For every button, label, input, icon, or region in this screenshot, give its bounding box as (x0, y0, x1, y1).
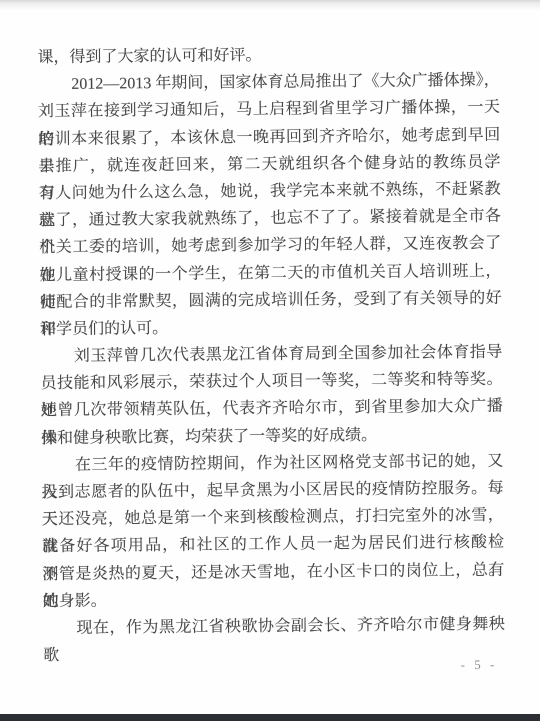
body-text-block: 课，得到了大家的认可和好评。2012—2013 年期间，国家体育总局推出了《大众… (37, 40, 505, 643)
text-line: 在儿童村授课的一个学生，在第二天的市值机关百人培训班上，师 (39, 257, 501, 289)
text-line: 徒配合的非常默契，圆满的完成培训任务，受到了有关领导的好评 (40, 284, 502, 316)
text-line: 培训本来很累了，本该休息一晚再回到齐齐哈尔，她考虑到早回去、 (38, 121, 500, 153)
text-line: 还曾几次带领精英队伍，代表齐齐哈尔市，到省里参加大众广播体 (41, 393, 503, 425)
scan-content: 课，得到了大家的认可和好评。2012—2013 年期间，国家体育总局推出了《大众… (0, 0, 540, 721)
scan-bottom-edge-bar (0, 714, 540, 721)
text-line: 早推广，就连夜赶回来，第二天就组织各个健身站的教练员学习。 (38, 149, 500, 181)
text-line: 机关工委的培训，她考虑到参加学习的年轻人群，又连夜教会了她 (39, 230, 501, 262)
page-number: - 5 - (461, 657, 498, 673)
scanned-document-page: 课，得到了大家的认可和好评。2012—2013 年期间，国家体育总局推出了《大众… (0, 0, 540, 721)
text-line: 不管是炎热的夏天，还是冰天雪地，在小区卡口的岗位上，总有她 (42, 556, 504, 588)
text-line: 刘玉萍在接到学习通知后，马上启程到省里学习广播体操，一天的 (38, 94, 500, 126)
text-line: 准备好各项用品，和社区的工作人员一起为居民们进行核酸检测。 (42, 529, 504, 561)
text-line: 现在，作为黑龙江省秧歌协会副会长、齐齐哈尔市健身舞秧歌 (43, 611, 505, 643)
